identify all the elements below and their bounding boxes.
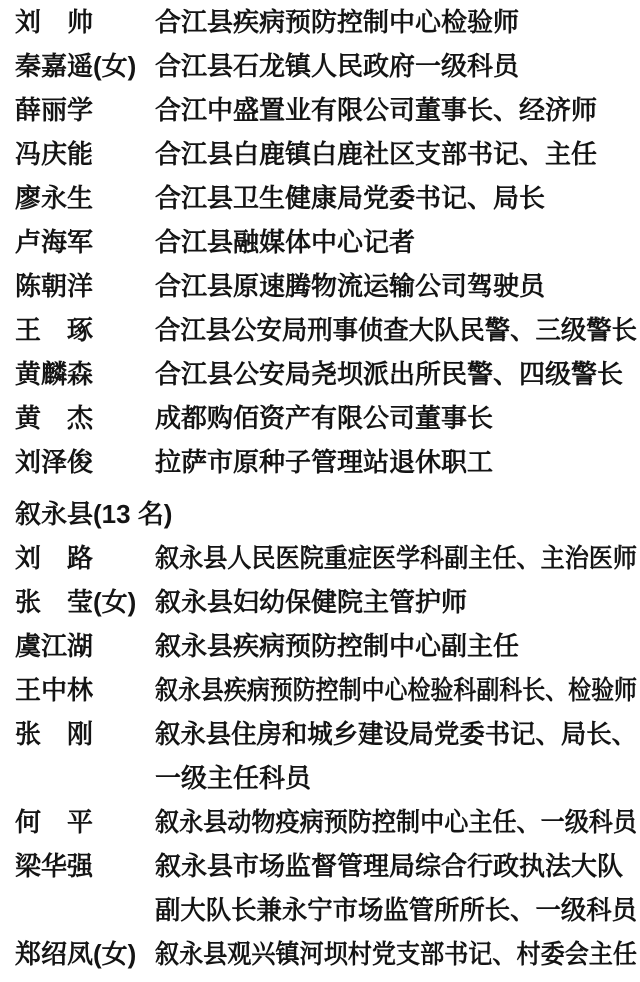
person-name: 张 莹(女) [15, 580, 155, 624]
person-name: 薛丽学 [15, 88, 155, 132]
position-line: 叙永县动物疫病预防控制中心主任、一级科员 [155, 800, 602, 844]
person-name: 刘泽俊 [15, 440, 155, 484]
list-item: 陈朝洋合江县原速腾物流运输公司驾驶员 [15, 264, 640, 308]
person-name: 张 刚 [15, 712, 155, 756]
person-position: 合江县公安局刑事侦查大队民警、三级警长 [155, 308, 637, 352]
person-name: 冯庆能 [15, 132, 155, 176]
person-name: 刘 帅 [15, 0, 155, 44]
list-item: 薛丽学合江中盛置业有限公司董事长、经济师 [15, 88, 640, 132]
person-position: 合江县卫生健康局党委书记、局长 [155, 176, 637, 220]
position-line: 叙永县疾病预防控制中心检验科副科长、检验师 [155, 668, 581, 712]
list-item: 秦嘉遥(女)合江县石龙镇人民政府一级科员 [15, 44, 640, 88]
list-item: 王中林叙永县疾病预防控制中心检验科副科长、检验师 [15, 668, 640, 712]
person-name: 何 平 [15, 800, 155, 844]
person-name: 黄麟森 [15, 352, 155, 396]
list-item: 虞江湖叙永县疾病预防控制中心副主任 [15, 624, 640, 668]
list-item: 黄 杰成都购佰资产有限公司董事长 [15, 396, 640, 440]
person-position: 叙永县妇幼保健院主管护师 [155, 580, 637, 624]
person-position: 叙永县疾病预防控制中心副主任 [155, 624, 637, 668]
position-line: 叙永县市场监督管理局综合行政执法大队 [155, 844, 637, 888]
list-item: 刘 路叙永县人民医院重症医学科副主任、主治医师 [15, 536, 640, 580]
person-position: 叙永县住房和城乡建设局党委书记、局长、一级主任科员 [155, 712, 637, 800]
person-position: 成都购佰资产有限公司董事长 [155, 396, 637, 440]
list-item: 黄麟森合江县公安局尧坝派出所民警、四级警长 [15, 352, 640, 396]
person-position: 叙永县动物疫病预防控制中心主任、一级科员 [155, 800, 637, 844]
person-position: 叙永县市场监督管理局综合行政执法大队副大队长兼永宁市场监管所所长、一级科员 [155, 844, 637, 932]
position-line: 合江中盛置业有限公司董事长、经济师 [155, 88, 637, 132]
position-line: 合江县卫生健康局党委书记、局长 [155, 176, 637, 220]
position-line: 叙永县人民医院重症医学科副主任、主治医师 [155, 536, 602, 580]
position-line: 叙永县妇幼保健院主管护师 [155, 580, 637, 624]
person-name: 廖永生 [15, 176, 155, 220]
person-position: 合江县公安局尧坝派出所民警、四级警长 [155, 352, 637, 396]
person-name: 陈朝洋 [15, 264, 155, 308]
person-name: 王中林 [15, 668, 155, 712]
list-item: 张 刚叙永县住房和城乡建设局党委书记、局长、一级主任科员 [15, 712, 640, 800]
person-name: 王 琢 [15, 308, 155, 352]
person-position: 拉萨市原种子管理站退休职工 [155, 440, 637, 484]
list-item: 何 平叙永县动物疫病预防控制中心主任、一级科员 [15, 800, 640, 844]
person-name: 刘 路 [15, 536, 155, 580]
list-item: 卢海军合江县融媒体中心记者 [15, 220, 640, 264]
list-item: 王 琢合江县公安局刑事侦查大队民警、三级警长 [15, 308, 640, 352]
person-position: 合江县石龙镇人民政府一级科员 [155, 44, 637, 88]
person-name: 郑绍凤(女) [15, 932, 155, 976]
position-line: 叙永县住房和城乡建设局党委书记、局长、 [155, 712, 625, 756]
position-line: 合江县融媒体中心记者 [155, 220, 637, 264]
person-position: 叙永县疾病预防控制中心检验科副科长、检验师 [155, 668, 637, 712]
list-item: 梁华强叙永县市场监督管理局综合行政执法大队副大队长兼永宁市场监管所所长、一级科员 [15, 844, 640, 932]
person-position: 合江县融媒体中心记者 [155, 220, 637, 264]
person-name: 梁华强 [15, 844, 155, 888]
position-line: 合江县公安局刑事侦查大队民警、三级警长 [155, 308, 625, 352]
person-position: 合江县白鹿镇白鹿社区支部书记、主任 [155, 132, 637, 176]
list-item: 冯庆能合江县白鹿镇白鹿社区支部书记、主任 [15, 132, 640, 176]
position-line: 合江县白鹿镇白鹿社区支部书记、主任 [155, 132, 637, 176]
position-line: 拉萨市原种子管理站退休职工 [155, 440, 637, 484]
person-name: 卢海军 [15, 220, 155, 264]
list-item: 刘 帅合江县疾病预防控制中心检验师 [15, 0, 640, 44]
position-line: 副大队长兼永宁市场监管所所长、一级科员 [155, 888, 625, 932]
position-line: 叙永县观兴镇河坝村党支部书记、村委会主任 [155, 932, 602, 976]
person-position: 叙永县人民医院重症医学科副主任、主治医师 [155, 536, 637, 580]
person-position: 合江县原速腾物流运输公司驾驶员 [155, 264, 637, 308]
position-line: 合江县石龙镇人民政府一级科员 [155, 44, 637, 88]
person-position: 合江中盛置业有限公司董事长、经济师 [155, 88, 637, 132]
list-item: 张 莹(女)叙永县妇幼保健院主管护师 [15, 580, 640, 624]
person-name: 黄 杰 [15, 396, 155, 440]
section-header: 叙永县(13 名) [15, 492, 640, 536]
person-position: 合江县疾病预防控制中心检验师 [155, 0, 637, 44]
position-line: 合江县原速腾物流运输公司驾驶员 [155, 264, 637, 308]
person-position: 叙永县观兴镇河坝村党支部书记、村委会主任 [155, 932, 637, 976]
position-line: 成都购佰资产有限公司董事长 [155, 396, 637, 440]
person-name: 虞江湖 [15, 624, 155, 668]
position-line: 一级主任科员 [155, 756, 637, 800]
person-name: 秦嘉遥(女) [15, 44, 155, 88]
list-item: 郑绍凤(女)叙永县观兴镇河坝村党支部书记、村委会主任 [15, 932, 640, 976]
position-line: 合江县公安局尧坝派出所民警、四级警长 [155, 352, 637, 396]
list-item: 刘泽俊拉萨市原种子管理站退休职工 [15, 440, 640, 484]
position-line: 叙永县疾病预防控制中心副主任 [155, 624, 637, 668]
roster-document: 刘 帅合江县疾病预防控制中心检验师秦嘉遥(女)合江县石龙镇人民政府一级科员薛丽学… [0, 0, 640, 976]
list-item: 廖永生合江县卫生健康局党委书记、局长 [15, 176, 640, 220]
position-line: 合江县疾病预防控制中心检验师 [155, 0, 637, 44]
